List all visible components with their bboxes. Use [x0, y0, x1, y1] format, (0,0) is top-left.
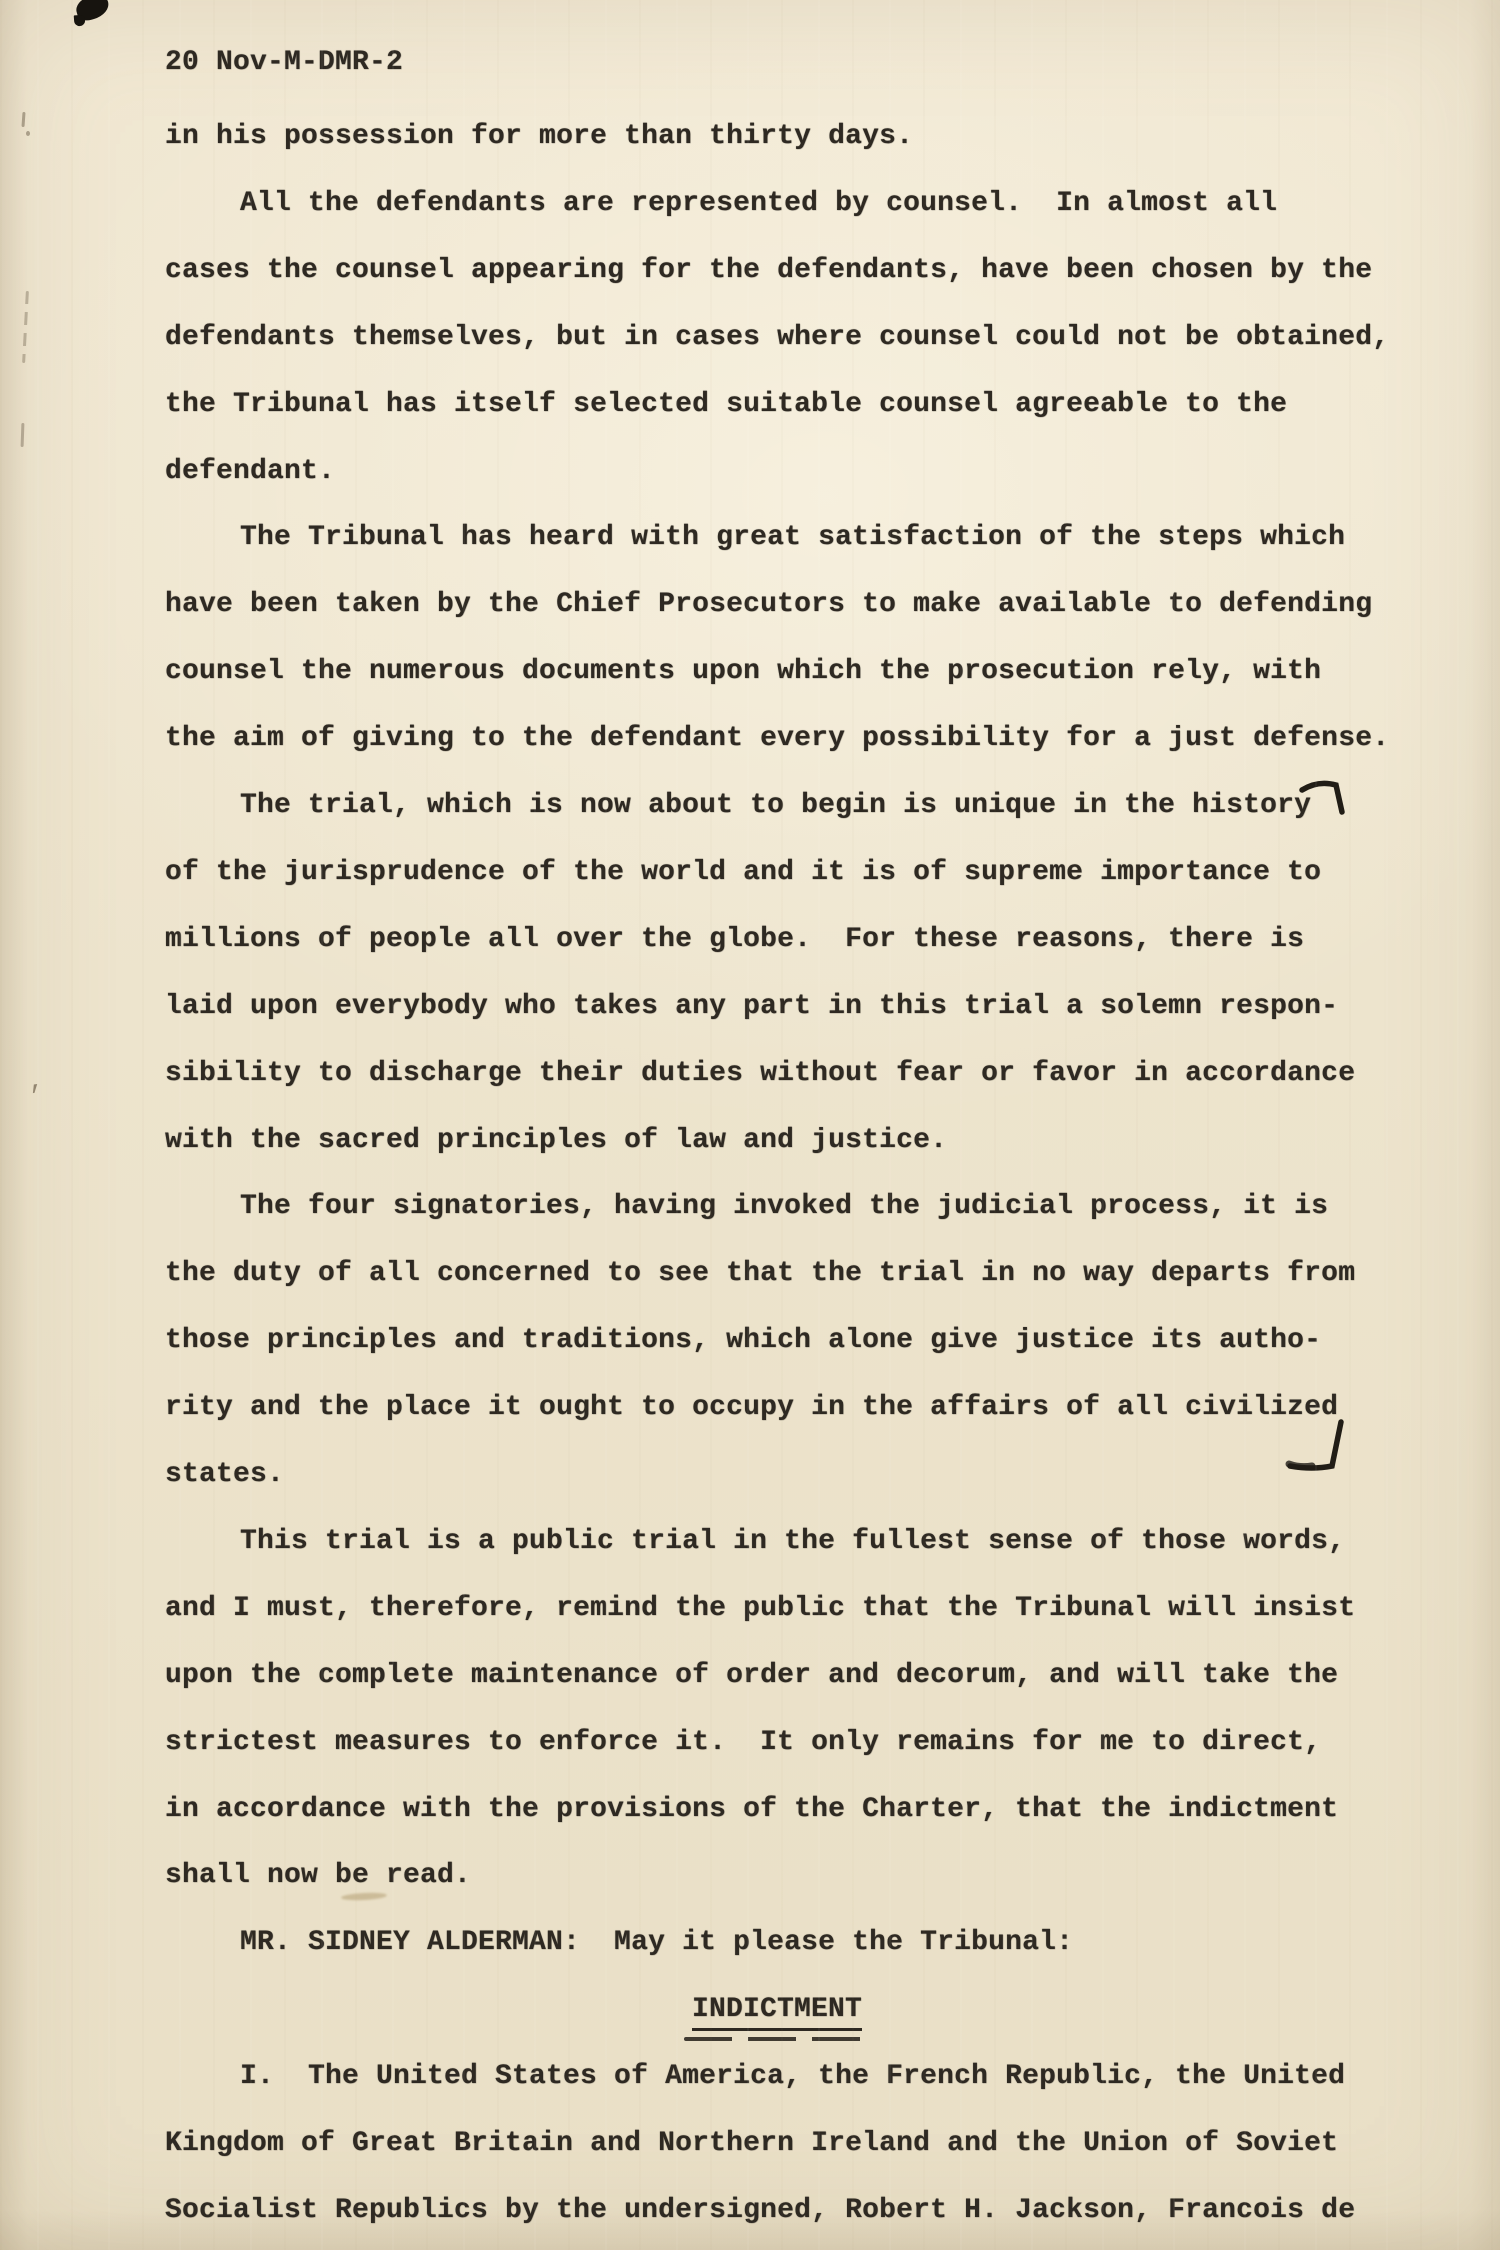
heading-dashed-underline: [684, 2037, 870, 2041]
margin-pencil-mark: ,: [26, 1065, 46, 1097]
text-line: of the jurisprudence of the world and it…: [165, 856, 1321, 890]
text-line: I. The United States of America, the Fre…: [240, 2060, 1345, 2094]
text-line: with the sacred principles of law and ju…: [165, 1124, 947, 1158]
text-line: Socialist Republics by the undersigned, …: [165, 2194, 1355, 2228]
margin-pencil-mark: [22, 291, 29, 363]
text-line: the Tribunal has itself selected suitabl…: [165, 388, 1287, 422]
page-header: 20 Nov-M-DMR-2: [165, 46, 403, 80]
scanned-document-page: , 20 Nov-M-DMR-2in his possession for mo…: [0, 0, 1500, 2250]
text-line: in accordance with the provisions of the…: [165, 1793, 1338, 1827]
text-line: This trial is a public trial in the full…: [240, 1525, 1345, 1559]
text-line: sibility to discharge their duties witho…: [165, 1057, 1355, 1091]
text-line: have been taken by the Chief Prosecutors…: [165, 588, 1372, 622]
text-line: The Tribunal has heard with great satisf…: [240, 521, 1345, 555]
margin-pencil-mark: [21, 112, 25, 127]
text-line: The four signatories, having invoked the…: [240, 1190, 1328, 1224]
section-heading: INDICTMENT: [165, 1993, 1389, 2027]
text-line: millions of people all over the globe. F…: [165, 923, 1304, 957]
text-line: The trial, which is now about to begin i…: [240, 789, 1311, 823]
text-line: the aim of giving to the defendant every…: [165, 722, 1389, 756]
text-line: the duty of all concerned to see that th…: [165, 1257, 1355, 1291]
margin-pencil-mark: [26, 131, 30, 136]
text-line: defendant.: [165, 455, 335, 489]
text-line: upon the complete maintenance of order a…: [165, 1659, 1338, 1693]
margin-pencil-mark: [21, 423, 25, 447]
ink-blot: [73, 0, 111, 23]
text-line: defendants themselves, but in cases wher…: [165, 321, 1389, 355]
text-line: and I must, therefore, remind the public…: [165, 1592, 1355, 1626]
text-line: All the defendants are represented by co…: [240, 187, 1277, 221]
text-line: states.: [165, 1458, 284, 1492]
text-line: those principles and traditions, which a…: [165, 1324, 1321, 1358]
text-line: in his possession for more than thirty d…: [165, 120, 913, 154]
text-line: counsel the numerous documents upon whic…: [165, 655, 1321, 689]
text-line: cases the counsel appearing for the defe…: [165, 254, 1372, 288]
text-line: shall now be read.: [165, 1859, 471, 1893]
section-heading-text: INDICTMENT: [692, 1994, 862, 2031]
text-line: rity and the place it ought to occupy in…: [165, 1391, 1338, 1425]
text-line: Kingdom of Great Britain and Northern Ir…: [165, 2127, 1338, 2161]
text-line: MR. SIDNEY ALDERMAN: May it please the T…: [240, 1926, 1073, 1960]
text-line: laid upon everybody who takes any part i…: [165, 990, 1338, 1024]
text-line: strictest measures to enforce it. It onl…: [165, 1726, 1321, 1760]
